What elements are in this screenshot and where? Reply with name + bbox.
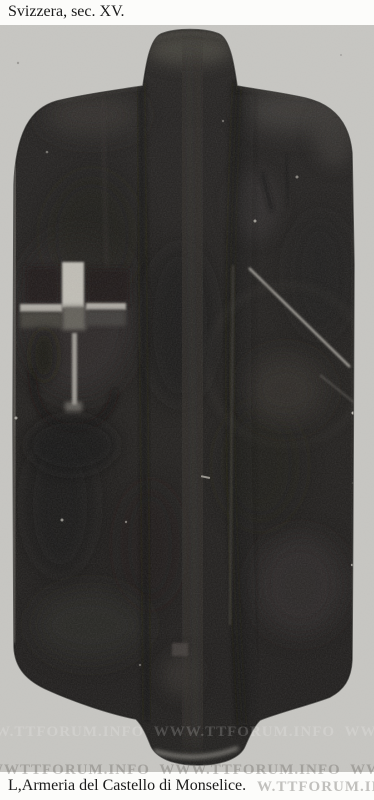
bottom-caption: L,Armeria del Castello di Monselice. (8, 776, 246, 796)
shield-photograph: WWW.TTFORUM.INFO WWW.TTFORUM.INFO WWW (0, 25, 374, 772)
top-caption: Svizzera, sec. XV. (8, 2, 125, 22)
pavise-shield-graphic (0, 25, 374, 772)
scanned-page: Svizzera, sec. XV. (0, 0, 374, 800)
watermark-caption-row: W.TTFORUM.INFO (257, 779, 374, 796)
